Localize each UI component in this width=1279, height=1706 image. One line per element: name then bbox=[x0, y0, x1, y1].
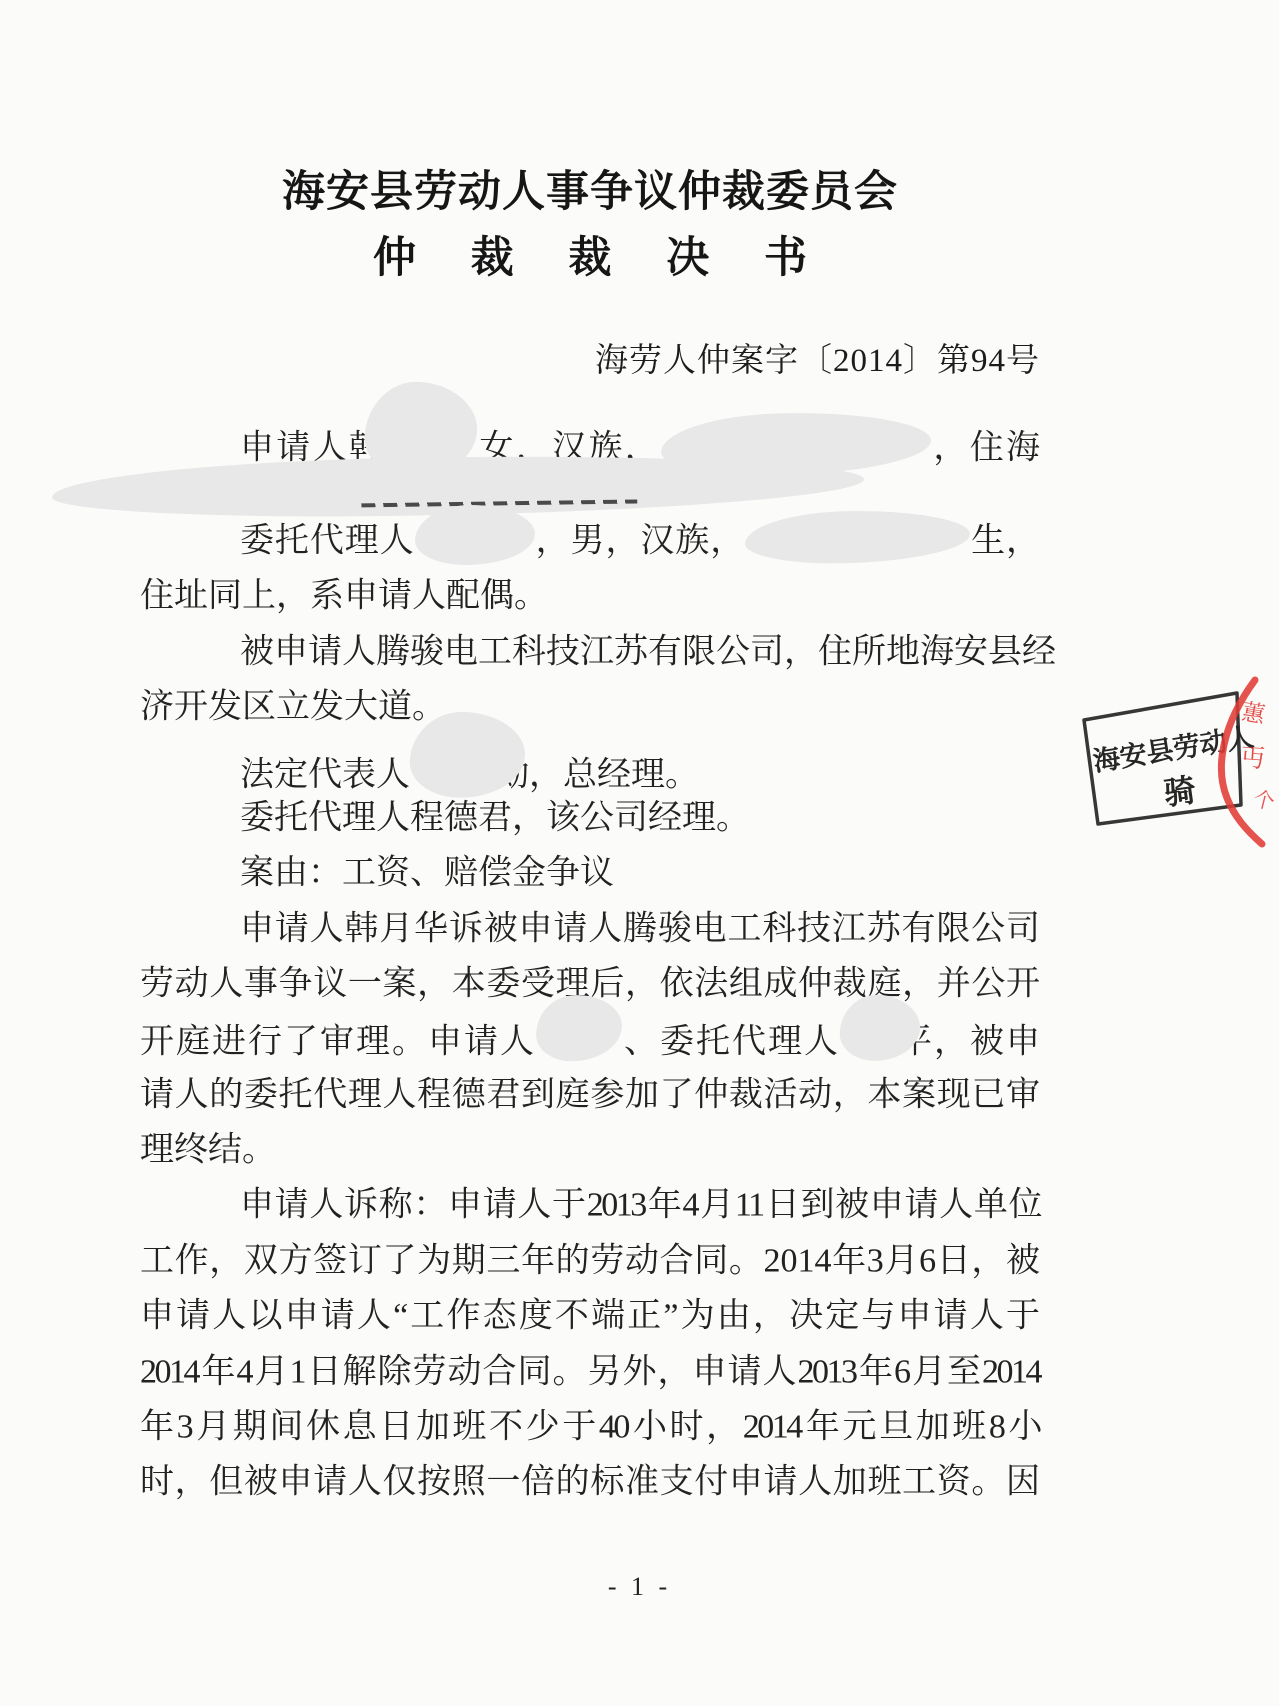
text-line: 申请人以申请人“工作态度不端正”为由，决定与申请人于 bbox=[140, 1286, 1040, 1341]
seam-stamp: 海安县劳动人 骑 蕙 丏 个 bbox=[1048, 648, 1279, 863]
text-line: 时，但被申请人仅按照一倍的标准支付申请人加班工资。因 bbox=[140, 1452, 1040, 1507]
line-text: 济开发区立发大道。 bbox=[140, 688, 446, 725]
text-line: 请人的委托代理人程德君到庭参加了仲裁活动，本案现已审 bbox=[140, 1065, 1040, 1120]
text-line: 法定代表人勋，总经理。 bbox=[140, 732, 1040, 787]
redaction-blob bbox=[415, 505, 535, 565]
line-text: 理终结。 bbox=[140, 1132, 276, 1169]
line-text: 开庭进行了审理。申请人 bbox=[140, 1024, 536, 1061]
text-line: 2014年4月1日解除劳动合同。另外，申请人2013年6月至2014 bbox=[140, 1342, 1040, 1397]
line-text: 住址同上，系申请人配偶。 bbox=[140, 578, 548, 615]
line-text: 申请人韩月华诉被申请人腾骏电工科技江苏有限公司 bbox=[240, 910, 1040, 947]
line-text: 申请人以申请人“工作态度不端正”为由，决定与申请人于 bbox=[140, 1298, 1040, 1335]
line-text: 生， bbox=[970, 522, 1040, 559]
text-line: 委托代理人，男，汉族，生， bbox=[140, 511, 1040, 566]
text-line: 申请人韩月华诉被申请人腾骏电工科技江苏有限公司 bbox=[140, 899, 1040, 954]
line-text: 、委托代理人 bbox=[622, 1024, 840, 1061]
document-page: 海安县劳动人事争议仲裁委员会 仲 裁 裁 决 书 海劳人仲案字〔2014〕第94… bbox=[0, 0, 1279, 1706]
text-line: 申请人诉称：申请人于2013年4月11日到被申请人单位 bbox=[140, 1175, 1040, 1230]
text-line: 住址同上，系申请人配偶。 bbox=[140, 566, 1040, 621]
page-title: 海安县劳动人事争议仲裁委员会 bbox=[140, 158, 1040, 219]
text-line: √。， bbox=[140, 455, 1040, 510]
line-text: 时，但被申请人仅按照一倍的标准支付申请人加班工资。因 bbox=[140, 1464, 1040, 1501]
text-line: 案由：工资、赔偿金争议 bbox=[140, 843, 1040, 898]
line-text: ，男，汉族， bbox=[535, 522, 746, 559]
line-text: 2014年4月1日解除劳动合同。另外，申请人2013年6月至2014 bbox=[140, 1353, 1040, 1390]
red-seal-fragment: 蕙 bbox=[1240, 699, 1268, 728]
line-text: 请人的委托代理人程德君到庭参加了仲裁活动，本案现已审 bbox=[140, 1076, 1040, 1113]
redaction-blob bbox=[745, 509, 971, 565]
text-line: 申请人韩女，汉族，，住海 bbox=[140, 400, 1040, 455]
text-line: 理终结。 bbox=[140, 1120, 1040, 1175]
page-subtitle: 仲 裁 裁 决 书 bbox=[140, 224, 1040, 285]
document-body: 申请人韩女，汉族，，住海√。，委托代理人，男，汉族，生，住址同上，系申请人配偶。… bbox=[140, 400, 1040, 1508]
text-line: 济开发区立发大道。 bbox=[140, 677, 1040, 732]
line-text: 案由：工资、赔偿金争议 bbox=[240, 855, 614, 892]
page-number: - 1 - bbox=[0, 1572, 1279, 1602]
line-text: 委托代理人程德君，该公司经理。 bbox=[240, 799, 750, 836]
text-line: 年3月期间休息日加班不少于40小时，2014年元旦加班8小 bbox=[140, 1397, 1040, 1452]
line-text: 工作，双方签订了为期三年的劳动合同。2014年3月6日，被 bbox=[140, 1242, 1040, 1279]
text-line: 工作，双方签订了为期三年的劳动合同。2014年3月6日，被 bbox=[140, 1231, 1040, 1286]
text-line: 委托代理人程德君，该公司经理。 bbox=[140, 788, 1040, 843]
line-text: 委托代理人 bbox=[240, 522, 415, 559]
red-seal-fragment: 个 bbox=[1251, 786, 1277, 814]
stamp-rider-char: 骑 bbox=[1161, 772, 1198, 812]
red-seal-fragment: 丏 bbox=[1239, 745, 1266, 774]
case-number: 海劳人仲案字〔2014〕第94号 bbox=[140, 334, 1040, 381]
line-text: 年3月期间休息日加班不少于40小时，2014年元旦加班8小 bbox=[140, 1409, 1040, 1446]
text-line: 被申请人腾骏电工科技江苏有限公司，住所地海安县经 bbox=[140, 622, 1040, 677]
line-text: 被申请人腾骏电工科技江苏有限公司，住所地海安县经 bbox=[240, 633, 1056, 670]
text-line: 开庭进行了审理。申请人、委托代理人平，被申 bbox=[140, 1009, 1040, 1064]
line-text: 申请人诉称：申请人于2013年4月11日到被申请人单位 bbox=[240, 1187, 1040, 1224]
